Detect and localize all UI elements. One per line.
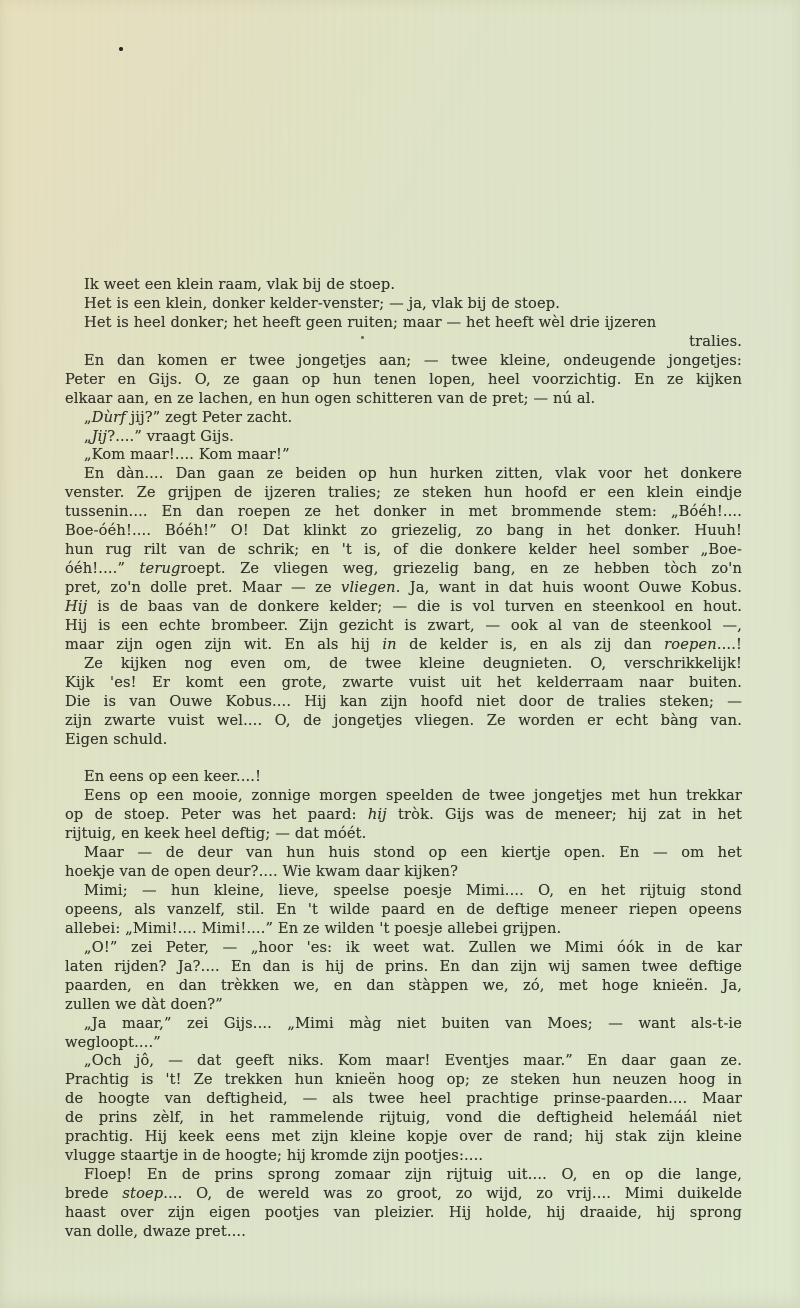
text-line: Eens op een mooie, zonnige morgen speeld… [65,787,742,806]
text-line: Mimi; — hun kleine, lieve, speelse poesj… [65,882,742,901]
text-line: rijtuig, en keek heel deftig; — dat móét… [65,825,742,844]
text-line: Prachtig is 't! Ze trekken hun knieën ho… [65,1071,742,1090]
text-line: op de stoep. Peter was het paard: hij tr… [65,806,742,825]
text-line: tralies. [65,333,742,352]
text-line: „O!” zei Peter, — „hoor 'es: ik weet wat… [65,939,742,958]
text-line: „Dùrf jij?” zegt Peter zacht. [65,409,742,428]
text-line: Peter en Gijs. O, ze gaan op hun tenen l… [65,371,742,390]
text-line: hun rug rilt van de schrik; en 't is, of… [65,541,742,560]
text-line: Ik weet een klein raam, vlak bij de stoe… [65,276,742,295]
text-line: Die is van Ouwe Kobus.... Hij kan zijn h… [65,693,742,712]
text-line: allebei: „Mimi!.... Mimi!....” En ze wil… [65,920,742,939]
text-line: „Ja maar,” zei Gijs.... „Mimi màg niet b… [65,1015,742,1034]
text-line: prachtig. Hij keek eens met zijn kleine … [65,1128,742,1147]
text-line: En eens op een keer....! [65,768,742,787]
text-line: zijn zwarte vuist wel.... O, de jongetje… [65,712,742,731]
text-line: En dan komen er twee jongetjes aan; — tw… [65,352,742,371]
text-line: wegloopt....” [65,1034,742,1053]
text-line: Kijk 'es! Er komt een grote, zwarte vuis… [65,674,742,693]
text-line: Floep! En de prins sprong zomaar zijn ri… [65,1166,742,1185]
text-line: elkaar aan, en ze lachen, en hun ogen sc… [65,390,742,409]
text-line: laten rijden? Ja?.... En dan is hij de p… [65,958,742,977]
page-text-block: Ik weet een klein raam, vlak bij de stoe… [65,276,742,1242]
text-line: pret, zo'n dolle pret. Maar — ze vliegen… [65,579,742,598]
text-line: paarden, en dan trèkken we, en dan stàpp… [65,977,742,996]
text-line: Hij is een echte brombeer. Zijn gezicht … [65,617,742,636]
text-line: „Jij?....” vraagt Gijs. [65,428,742,447]
text-line: opeens, als vanzelf, stil. En 't wilde p… [65,901,742,920]
text-line: En dàn.... Dan gaan ze beiden op hun hur… [65,465,742,484]
text-line: venster. Ze grijpen de ijzeren tralies; … [65,484,742,503]
ink-speck [119,47,123,51]
text-line: „Kom maar!.... Kom maar!” [65,446,742,465]
text-line: haast over zijn eigen pootjes van pleizi… [65,1204,742,1223]
blank-line [65,749,742,768]
text-line: vlugge staartje in de hoogte; hij kromde… [65,1147,742,1166]
text-line: Ze kijken nog even om, de twee kleine de… [65,655,742,674]
text-line: zullen we dàt doen?” [65,996,742,1015]
text-line: Eigen schuld. [65,731,742,750]
text-line: van dolle, dwaze pret.... [65,1223,742,1242]
text-line: Het is een klein, donker kelder-venster;… [65,295,742,314]
text-line: maar zijn ogen zijn wit. En als hij in d… [65,636,742,655]
text-line: de hoogte van deftigheid, — als twee hee… [65,1090,742,1109]
book-page-paper: Ik weet een klein raam, vlak bij de stoe… [0,0,800,1308]
text-line: Boe-óéh!.... Bóéh!” O! Dat klinkt zo gri… [65,522,742,541]
text-line: Het is heel donker; het heeft geen ruite… [65,314,742,333]
text-line: Maar — de deur van hun huis stond op een… [65,844,742,863]
text-line: óéh!....” terugroept. Ze vliegen weg, gr… [65,560,742,579]
text-line: Hij is de baas van de donkere kelder; — … [65,598,742,617]
text-line: tussenin.... En dan roepen ze het donker… [65,503,742,522]
text-line: hoekje van de open deur?.... Wie kwam da… [65,863,742,882]
text-line: „Och jô, — dat geeft niks. Kom maar! Eve… [65,1052,742,1071]
text-line: de prins zèlf, in het rammelende rijtuig… [65,1109,742,1128]
text-line: brede stoep.... O, de wereld was zo groo… [65,1185,742,1204]
